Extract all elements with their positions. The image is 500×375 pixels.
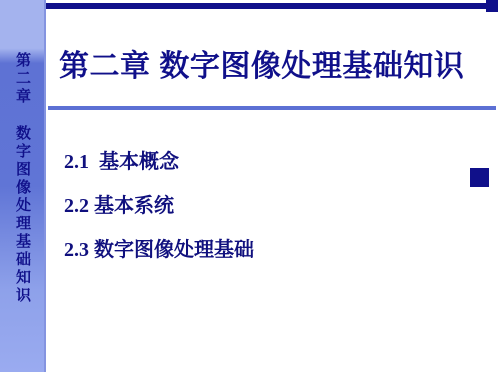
presentation-slide: 第二章 数字图像处理基础知识 第二章 数字图像处理基础知识 2.1 基本概念 2… [0,0,500,375]
title-underline-rule [48,106,496,110]
right-accent-square [470,168,489,187]
top-accent-bar [36,3,493,9]
toc-item-2: 2.2 基本系统 [64,189,444,218]
corner-square-top-right [486,0,498,12]
toc-item-3: 2.3 数字图像处理基础 [64,233,444,262]
toc-item-1: 2.1 基本概念 [64,145,444,174]
toc-list: 2.1 基本概念 2.2 基本系统 2.3 数字图像处理基础 [64,145,444,277]
sidebar-vertical-title: 第二章 数字图像处理基础知识 [12,52,33,332]
slide-title: 第二章 数字图像处理基础知识 [59,41,495,85]
